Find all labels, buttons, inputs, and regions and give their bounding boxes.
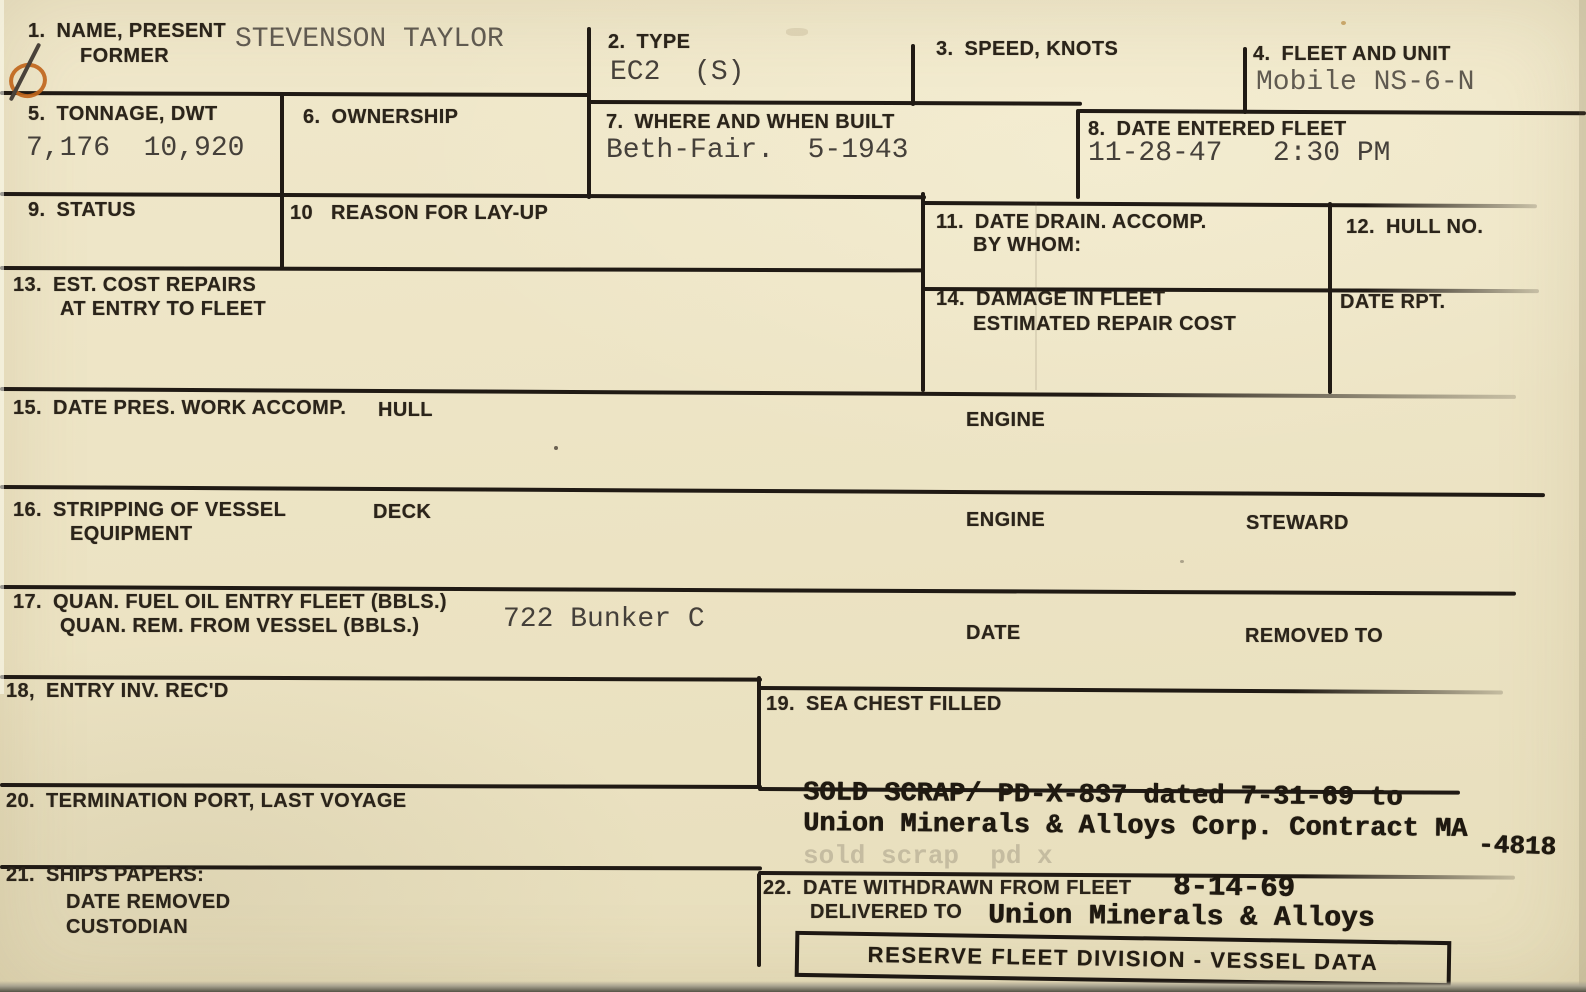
field-17-title: QUAN. FUEL OIL ENTRY FLEET (BBLS.) [53,591,447,614]
field-21-number: 21. [6,864,35,887]
divider-field9-field10 [280,192,284,270]
divider-field21-field22 [757,873,761,967]
field-18-title: ENTRY INV. REC'D [46,680,229,703]
sold-scrap-stamp-line1: SOLD SCRAP/ PD-X-837 dated 7-31-69 to [803,778,1403,813]
divider-field1-field2 [587,27,591,103]
field-8-value: 11-28-47 2:30 PM [1088,138,1390,169]
field-9-label: 9. STATUS [28,199,136,222]
scan-bottom-edge [0,981,1586,992]
field-22-delivered-to-value: Union Minerals & Alloys [988,900,1375,934]
field-17-number: 17. [13,591,42,614]
field-9-number: 9. [28,199,45,222]
divider-field3-field4 [1243,47,1247,114]
line-above-field20 [0,783,762,789]
field-14-title: DAMAGE IN FLEET [976,288,1165,311]
field-5-value: 7,176 10,920 [26,133,244,164]
field-19-title: SEA CHEST FILLED [806,693,1002,716]
field-16-number: 16. [13,499,42,522]
field-19-label: 19. SEA CHEST FILLED [766,693,1002,716]
field-3-label: 3. SPEED, KNOTS [936,38,1118,61]
field-22-label: 22. DATE WITHDRAWN FROM FLEET [763,877,1132,900]
vessel-data-card: 1. NAME, PRESENT FORMER STEVENSON TAYLOR… [0,0,1586,992]
field-18-number: 18, [6,680,35,703]
field-17-sublabel: QUAN. REM. FROM VESSEL (BBLS.) [60,615,419,638]
field-16-title: STRIPPING OF VESSEL [53,499,286,522]
field-15-number: 15. [13,397,42,420]
field-16-deck-label: DECK [373,501,431,524]
field-16-sublabel: EQUIPMENT [70,523,193,546]
field-11-label: 11. DATE DRAIN. ACCOMP. [936,211,1207,234]
line-under-field2 [587,100,1082,106]
field-20-label: 20. TERMINATION PORT, LAST VOYAGE [6,790,407,813]
field-10-title: REASON FOR LAY-UP [331,202,548,225]
field-16-label: 16. STRIPPING OF VESSEL [13,499,286,522]
field-6-title: OWNERSHIP [331,106,458,129]
field-11-sublabel: BY WHOM: [973,234,1081,257]
field-14-date-rpt-label: DATE RPT. [1340,291,1445,314]
card-title: RESERVE FLEET DIVISION - VESSEL DATA [867,942,1378,976]
line-above-field11-12 [922,201,1537,208]
field-1-title: NAME, PRESENT [56,20,226,43]
paper-speckle [554,446,558,450]
field-17-label: 17. QUAN. FUEL OIL ENTRY FLEET (BBLS.) [13,591,447,614]
footer-stamp-box: RESERVE FLEET DIVISION - VESSEL DATA [795,931,1452,987]
field-21-title: SHIPS PAPERS: [46,864,204,887]
line-above-field8 [1078,109,1586,115]
field-6-number: 6. [303,106,320,129]
field-4-title: FLEET AND UNIT [1281,43,1450,66]
field-4-value: Mobile NS-6-N [1256,67,1474,98]
field-4-number: 4. [1253,43,1270,66]
field-13-label: 13. EST. COST REPAIRS [13,274,256,297]
paper-speckle [1180,560,1184,563]
field-9-title: STATUS [56,199,135,222]
field-3-title: SPEED, KNOTS [964,38,1118,61]
field-16-steward-label: STEWARD [1246,512,1349,535]
field-13-sublabel: AT ENTRY TO FLEET [60,298,266,321]
field-17-date-label: DATE [966,622,1021,645]
divider-field18-field19 [757,676,761,788]
paper-speckle [1341,21,1346,25]
field-21-label: 21. SHIPS PAPERS: [6,864,204,887]
field-2-value: EC2 (S) [610,57,744,88]
field-14-number: 14. [936,288,965,311]
field-21-date-removed-label: DATE REMOVED [66,891,230,914]
scan-left-edge [0,0,4,694]
field-18-label: 18, ENTRY INV. REC'D [6,680,229,703]
sold-scrap-stamp-line2: Union Minerals & Alloys Corp. Contract M… [803,809,1468,845]
divider-field10-field11 [921,192,925,392]
field-22-number: 22. [763,877,792,900]
field-13-title: EST. COST REPAIRS [53,274,256,297]
sold-scrap-ghost-text: sold scrap pd x [803,841,1053,871]
field-10-number: 10 [290,202,313,225]
divider-field5-field6 [280,92,284,199]
divider-field7-field8 [1076,109,1080,199]
field-1-value: STEVENSON TAYLOR [235,24,504,55]
field-6-label: 6. OWNERSHIP [303,106,458,129]
line-under-field9-10 [0,266,924,272]
field-19-number: 19. [766,693,795,716]
field-7-title: WHERE AND WHEN BUILT [634,111,894,134]
field-1-sublabel: FORMER [80,45,169,68]
field-2-title: TYPE [636,31,690,54]
field-1-label: 1. NAME, PRESENT [28,20,226,43]
field-1-number: 1. [28,20,45,43]
line-under-field15 [0,485,1545,497]
field-2-number: 2. [608,31,625,54]
field-7-number: 7. [606,111,623,134]
field-5-label: 5. TONNAGE, DWT [28,103,218,126]
field-7-value: Beth-Fair. 5-1943 [606,135,908,166]
field-12-number: 12. [1346,216,1375,239]
field-5-title: TONNAGE, DWT [56,103,217,126]
field-4-label: 4. FLEET AND UNIT [1253,43,1451,66]
scan-right-edge [1579,0,1586,992]
field-2-label: 2. TYPE [608,31,690,54]
field-5-number: 5. [28,103,45,126]
field-10-label: 10 REASON FOR LAY-UP [290,202,548,225]
field-12-title: HULL NO. [1386,216,1483,239]
sold-scrap-contract-number: -4818 [1478,830,1557,863]
field-16-engine-label: ENGINE [966,509,1045,532]
field-21-custodian-label: CUSTODIAN [66,916,188,939]
field-14-sublabel: ESTIMATED REPAIR COST [973,313,1236,336]
field-11-number: 11. [936,211,964,234]
field-17-removed-to-label: REMOVED TO [1245,625,1383,648]
field-14-label: 14. DAMAGE IN FLEET [936,288,1165,311]
field-12-label: 12. HULL NO. [1346,216,1483,239]
field-3-number: 3. [936,38,953,61]
line-under-row5-7 [0,192,926,199]
field-20-number: 20. [6,790,35,813]
divider-field2-field3 [911,44,915,106]
divider-field11-field12 [1328,202,1332,394]
field-22-delivered-to-label: DELIVERED TO [810,901,962,924]
paper-smudge [786,28,808,36]
field-17-value: 722 Bunker C [503,604,705,635]
field-13-number: 13. [13,274,42,297]
field-22-title: DATE WITHDRAWN FROM FLEET [803,877,1131,900]
line-under-field1 [0,91,590,97]
field-20-title: TERMINATION PORT, LAST VOYAGE [46,790,407,813]
field-11-title: DATE DRAIN. ACCOMP. [975,211,1207,234]
field-15-hull-label: HULL [378,399,433,422]
divider-field6-field7 [587,100,591,199]
field-15-label: 15. DATE PRES. WORK ACCOMP. [13,397,346,420]
field-15-engine-label: ENGINE [966,409,1045,432]
field-7-label: 7. WHERE AND WHEN BUILT [606,111,895,134]
field-22-date-value: 8-14-69 [1173,870,1295,905]
field-15-title: DATE PRES. WORK ACCOMP. [53,397,346,420]
